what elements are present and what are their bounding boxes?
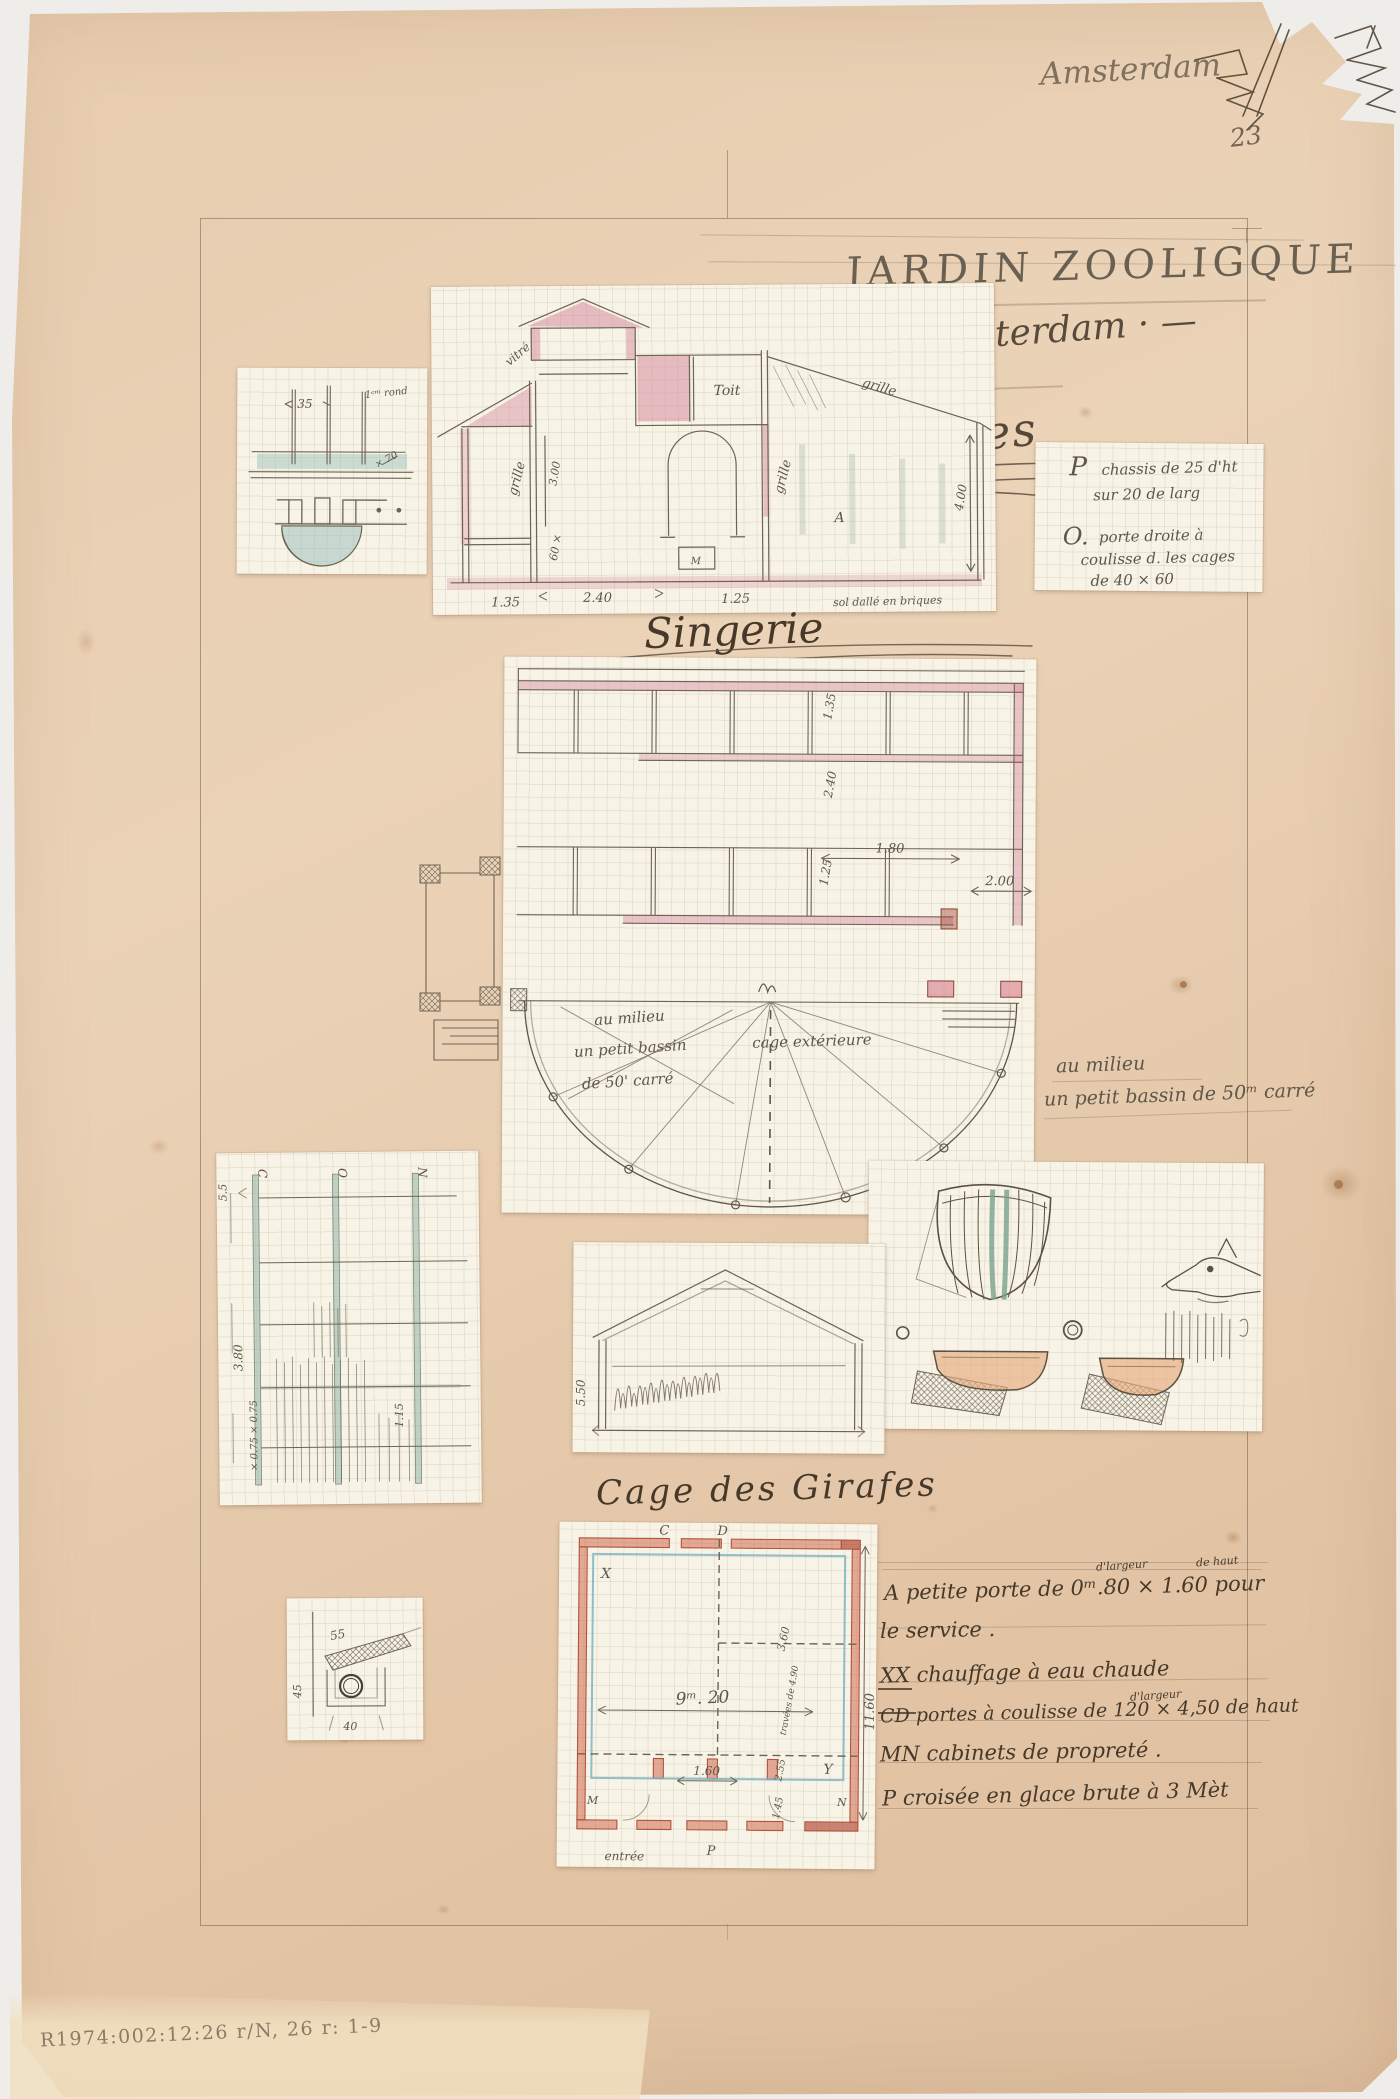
page-number: 23 [1229,122,1264,151]
blue-inner-line [591,1554,845,1780]
dim-400: 4.00 [951,483,969,513]
note-sup-haut: de haut [1196,1555,1239,1569]
leanto-roof-wash [466,386,532,426]
plan-dim-125: 1.25 [816,858,835,887]
giraffe-plan-slip: C D X Y M N P entrée 9ᵐ. 20 11.60 3.60 t… [557,1522,878,1870]
g-letter-d: D [716,1524,728,1539]
label-grille-left: grille [506,460,529,498]
label-grille-mid: grille [772,458,795,496]
legend-o-line1: porte droite à [1099,528,1204,546]
fence-elevation-drawing: C O N 5.5 3.80 × 0.75 × 0.75 1.15 [216,1151,482,1506]
plan-dim-200: 2.00 [984,874,1014,889]
centerline-tick-bottom [727,1924,728,1940]
manger-sketches [867,1161,1264,1432]
plan-dim-180: 1.80 [875,842,904,857]
fence-elevation-slip: C O N 5.5 3.80 × 0.75 × 0.75 1.15 [216,1151,482,1506]
label-cage-exterieure: cage extérieure [752,1030,872,1052]
g-dim-490: travées de 4.90 [778,1665,802,1737]
legend-p-line1: chassis de 25 d'ht [1101,459,1238,478]
elev-dim-550: 5.50 [574,1379,588,1406]
plan-dim-240: 2.40 [821,770,840,800]
wall-stub [928,981,954,997]
basket-green-rib [1004,1190,1007,1300]
note-line4: CD portes à coulisse de 120 × 4,50 de ha… [880,1697,1299,1727]
fence-dim-380: 3.80 [231,1344,245,1371]
section-slip: grille 3.00 60 × vitré Toit grille grill… [431,283,996,615]
dim-135: 1.35 [491,595,520,610]
g-letter-p: P [706,1844,716,1859]
label-toit: Toit [714,383,741,399]
label-m: M [690,556,702,567]
legend-o-line3: de 40 × 60 [1090,572,1174,589]
monkey-house-plan: 1.35 2.40 1.80 2.00 1.25 au milieu un pe… [502,657,1037,1216]
giraffe-elevation-drawing: 5.50 [572,1242,885,1454]
note-line3: XX chauffage à eau chaude [880,1658,1170,1687]
note-sup-largeur: d'largeur [1096,1558,1148,1573]
rail-dim-rond: 1ᶜᵐ rond [364,386,408,401]
fence-squiggle [615,1373,720,1411]
legend-p-line2: sur 20 de larg [1093,486,1200,504]
fence-post-1: C [255,1169,269,1178]
rail-detail-drawing: 35 1ᶜᵐ rond × 70 [237,368,428,575]
g-letter-c: C [659,1523,669,1538]
crossed-note-3: de 50' carré [581,1069,674,1093]
note-line6: P croisée en glace brute à 3 Mèt [882,1779,1229,1809]
rail-detail-slip: 35 1ᶜᵐ rond × 70 [237,368,428,575]
scanned-drawing-sheet: Amsterdam 23 JARDIN ZOOLIGQUE d'amsterda… [0,0,1400,2099]
centerline-tick [727,150,728,218]
note-line5: MN cabinets de propreté . [880,1740,1162,1766]
pipe-detail-slip: 55 45 40 [287,1598,424,1741]
pipe-dim-55: 55 [329,1627,347,1644]
section-drawing: grille 3.00 60 × vitré Toit grille grill… [431,283,996,615]
g-dim-145: 1.45 [771,1796,786,1820]
plan-side-note-1: au milieu [1056,1054,1146,1076]
dim-300: 3.00 [546,460,563,486]
label-grille-roof: grille [860,375,898,399]
fence-post-3: N [415,1166,429,1178]
floor-note: sol dallé en briques [833,593,943,609]
fence-dim-115: 1.15 [393,1403,406,1428]
giraffe-elevation-slip: 5.50 [572,1242,885,1454]
g-dim-360: 3.60 [775,1626,793,1653]
stain [148,1138,170,1155]
wall-wash [637,355,689,421]
g-entree: entrée [605,1849,645,1863]
manger-sketch-slip [867,1161,1264,1432]
label-vitre: vitré [502,340,533,369]
monkey-house-plan-slip: 1.35 2.40 1.80 2.00 1.25 au milieu un pe… [502,657,1037,1216]
g-letter-m: M [586,1794,599,1807]
wall-stub [1001,981,1022,997]
stain [1334,1180,1343,1189]
g-letter-y: Y [823,1762,834,1778]
rail-dim-35: 35 [297,397,312,411]
plan-annex-drawing [414,845,506,1090]
basket-green-rib [991,1189,994,1299]
pipe-dim-45: 45 [291,1684,304,1699]
dim-60: 60 × [547,533,564,562]
giraffe-head-sketch [1162,1239,1260,1303]
dim-240: 2.40 [582,591,612,606]
notes-block: d'largeur de haut A petite porte de 0ᵐ.8… [878,1562,1288,1832]
fence-dim-075: × 0.75 × 0.75 [249,1400,261,1471]
plan-dim-135: 1.35 [820,692,839,721]
fence-dim-55: 5.5 [216,1184,229,1202]
legend-o-line2: coulisse d. les cages [1080,549,1235,568]
g-dim-1160: 11.60 [863,1693,878,1730]
giraffe-caption: Cage des Girafes [596,1468,939,1511]
legend-slip: P chassis de 25 d'ht sur 20 de larg O. p… [1034,442,1263,592]
crossed-note-2: un petit bassin [573,1036,687,1061]
g-letter-n: N [836,1796,847,1809]
label-a: A [832,510,844,526]
legend-key-p: P [1069,454,1087,480]
g-letter-x: X [600,1566,612,1582]
g-dim-160: 1.60 [693,1764,720,1778]
crossed-note-1: au milieu [594,1007,666,1030]
note-line2: le service . [880,1619,996,1642]
pipe-dim-40: 40 [342,1720,357,1733]
legend-key-o: O. [1063,524,1089,548]
corner-note: Amsterdam [1039,50,1221,90]
g-dim-920: 9ᵐ. 20 [675,1687,730,1709]
giraffe-plan-drawing: C D X Y M N P entrée 9ᵐ. 20 11.60 3.60 t… [557,1522,878,1870]
note-line1: A petite porte de 0ᵐ.80 × 1.60 pour [884,1573,1265,1604]
stain [76,628,96,656]
trough-section [282,526,362,566]
pipe-detail-drawing: 55 45 40 [287,1598,424,1741]
fence-post-2: O [335,1168,349,1178]
